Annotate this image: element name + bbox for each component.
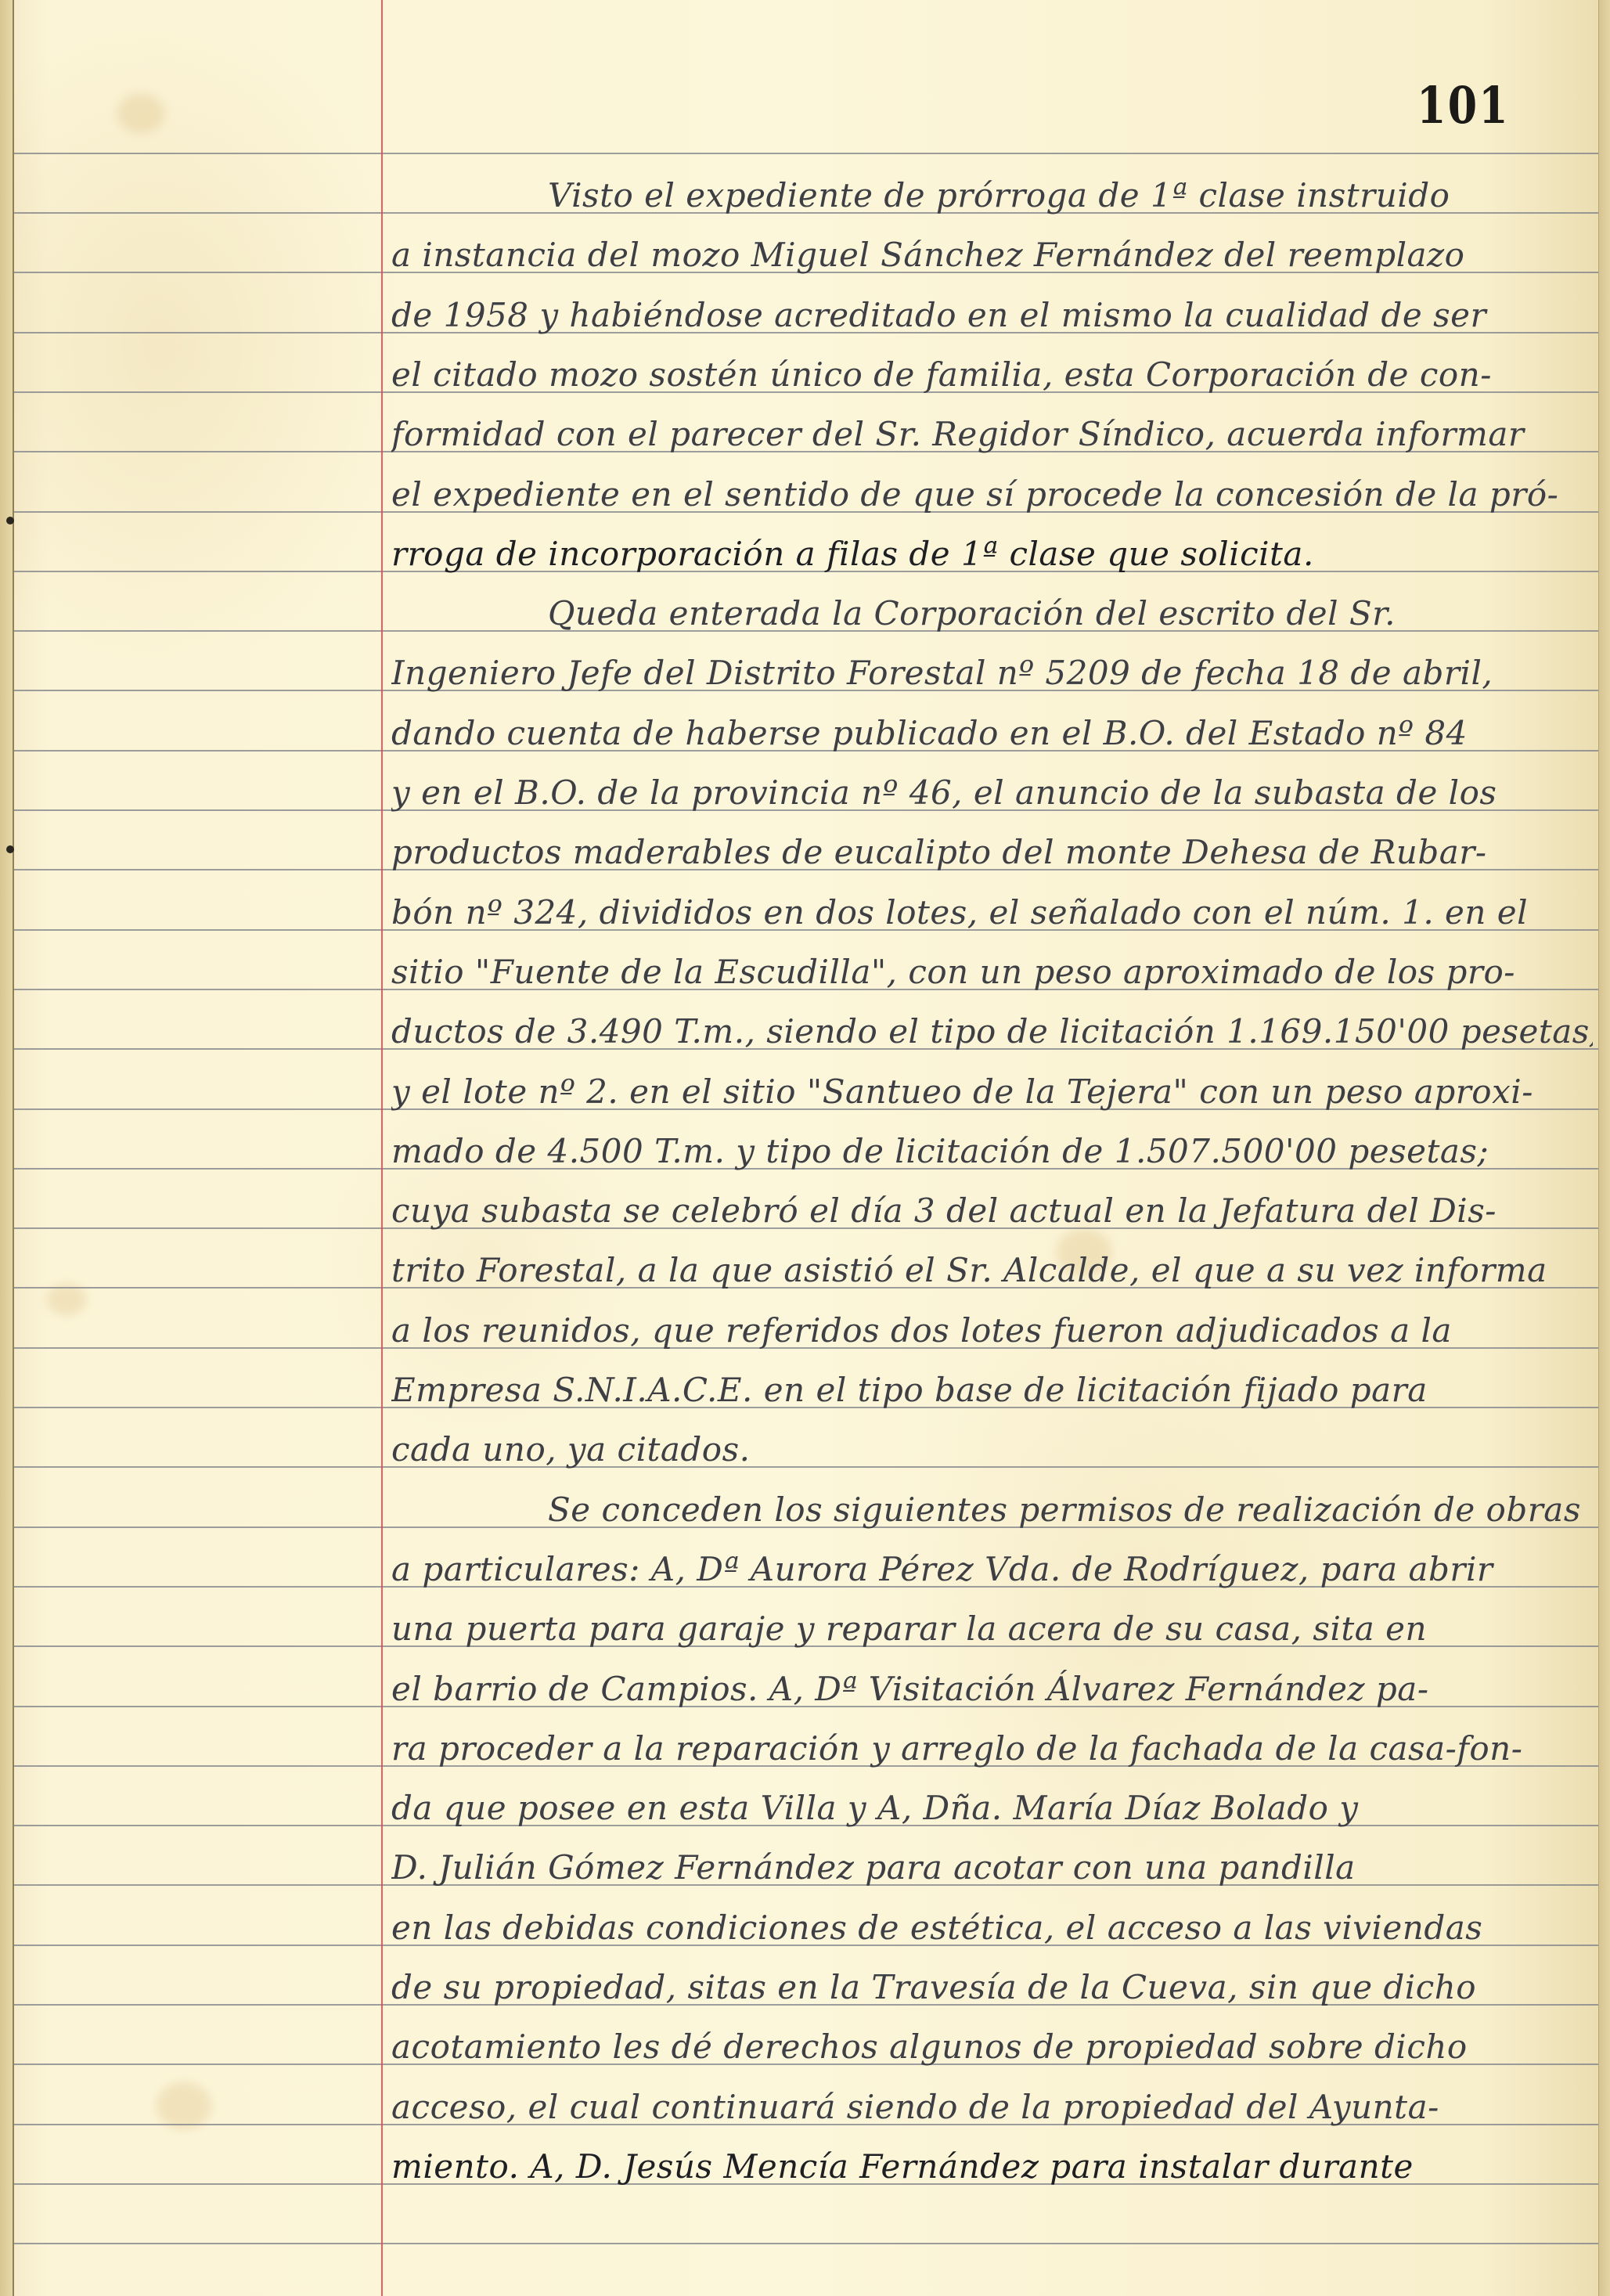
ledger-page: 101 Visto el expediente de prórroga de 1…: [0, 0, 1610, 2296]
text-line: rroga de incorporación a filas de 1ª cla…: [391, 535, 1593, 574]
text-line: Queda enterada la Corporación del escrit…: [391, 594, 1593, 633]
text-line: formidad con el parecer del Sr. Regidor …: [391, 415, 1593, 454]
text-line: y el lote nº 2. en el sitio "Santueo de …: [391, 1072, 1593, 1112]
text-line: cada uno, ya citados.: [391, 1430, 1593, 1469]
text-line: el citado mozo sostén único de familia, …: [391, 355, 1593, 395]
text-line: cuya subasta se celebró el día 3 del act…: [391, 1191, 1593, 1231]
page-number: 101: [1417, 75, 1510, 135]
underlying-page-edge: [0, 0, 14, 2296]
paper-stain: [157, 2082, 211, 2129]
text-line: a particulares: A, Dª Aurora Pérez Vda. …: [391, 1550, 1593, 1589]
ruling-line: [14, 153, 1598, 154]
text-line: mado de 4.500 T.m. y tipo de licitación …: [391, 1132, 1593, 1171]
text-line: D. Julián Gómez Fernández para acotar co…: [391, 1848, 1593, 1887]
text-line: el expediente en el sentido de que sí pr…: [391, 475, 1593, 514]
text-line: acceso, el cual continuará siendo de la …: [391, 2088, 1593, 2127]
text-line: productos maderables de eucalipto del mo…: [391, 833, 1593, 872]
binding-hole: [6, 845, 14, 853]
text-line: Se conceden los siguientes permisos de r…: [391, 1490, 1593, 1530]
text-line: dando cuenta de haberse publicado en el …: [391, 714, 1593, 753]
text-line: en las debidas condiciones de estética, …: [391, 1909, 1593, 1948]
text-line: de su propiedad, sitas en la Travesía de…: [391, 1968, 1593, 2007]
text-line: de 1958 y habiéndose acreditado en el mi…: [391, 296, 1593, 335]
text-line: trito Forestal, a la que asistió el Sr. …: [391, 1251, 1593, 1290]
paper-stain: [47, 1284, 86, 1315]
text-line: una puerta para garaje y reparar la acer…: [391, 1609, 1593, 1649]
text-line: a instancia del mozo Miguel Sánchez Fern…: [391, 236, 1593, 275]
text-line: miento. A, D. Jesús Mencía Fernández par…: [391, 2147, 1593, 2186]
text-line: sitio "Fuente de la Escudilla", con un p…: [391, 953, 1593, 992]
text-line: bón nº 324, divididos en dos lotes, el s…: [391, 893, 1593, 932]
paper-stain: [117, 94, 164, 133]
page-right-edge: [1598, 0, 1610, 2296]
text-line: y en el B.O. de la provincia nº 46, el a…: [391, 773, 1593, 813]
text-line: ductos de 3.490 T.m., siendo el tipo de …: [391, 1012, 1593, 1051]
binding-hole: [6, 517, 14, 524]
text-line: ra proceder a la reparación y arreglo de…: [391, 1729, 1593, 1768]
red-margin-line: [381, 0, 383, 2296]
text-line: el barrio de Campios. A, Dª Visitación Á…: [391, 1670, 1593, 1709]
text-line: acotamiento les dé derechos algunos de p…: [391, 2027, 1593, 2067]
text-line: Empresa S.N.I.A.C.E. en el tipo base de …: [391, 1371, 1593, 1410]
text-line: a los reunidos, que referidos dos lotes …: [391, 1311, 1593, 1350]
text-line: da que posee en esta Villa y A, Dña. Mar…: [391, 1789, 1593, 1828]
text-line: Visto el expediente de prórroga de 1ª cl…: [391, 176, 1593, 215]
ruling-line: [14, 2243, 1598, 2244]
text-line: Ingeniero Jefe del Distrito Forestal nº …: [391, 654, 1593, 693]
